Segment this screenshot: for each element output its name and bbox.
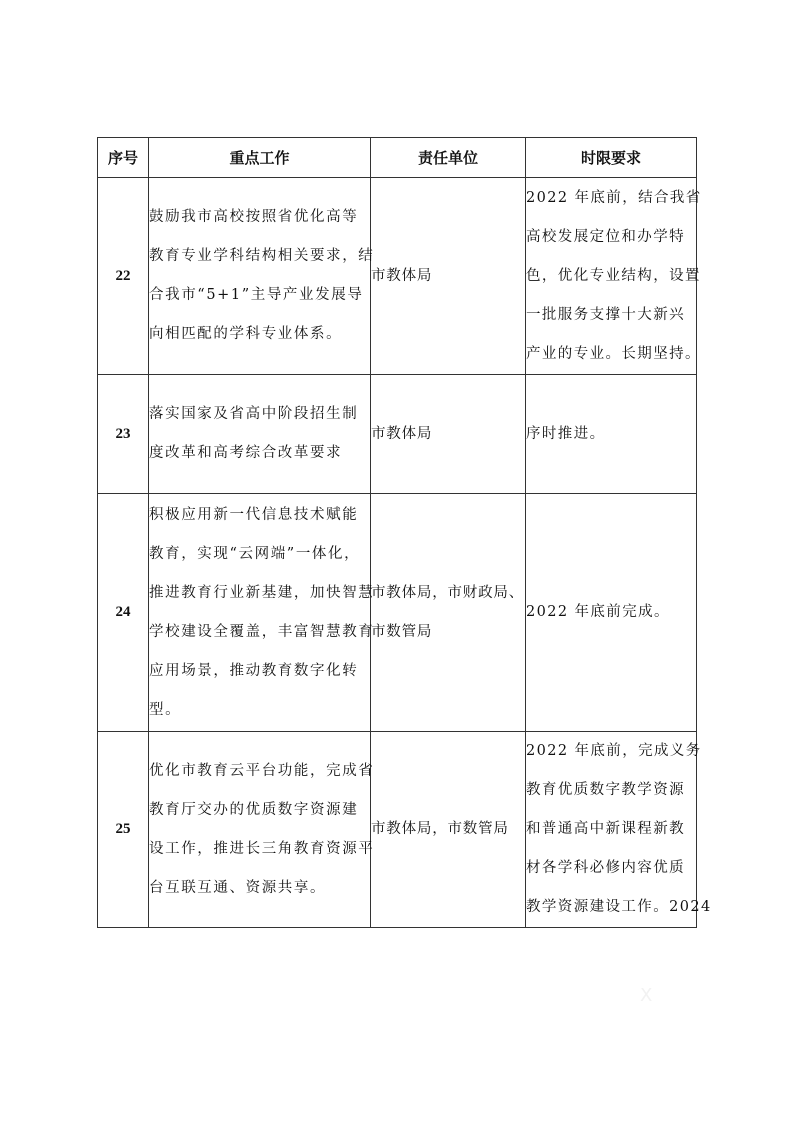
text-line: 教育优质数字教学资源 [526,771,696,810]
deadline-cell: 2022 年底前完成。 [526,494,697,732]
text-line: 合我市“5+1”主导产业发展导 [149,276,370,315]
text-line: 应用场景，推动教育数字化转 [149,652,370,691]
table-row: 22 鼓励我市高校按照省优化高等 教育专业学科结构相关要求，结 合我市“5+1”… [98,178,697,375]
document-page: 序号 重点工作 责任单位 时限要求 22 鼓励我市高校按照省优化高等 教育专业学… [0,0,793,1122]
text-line: 教育，实现“云网端”一体化， [149,535,370,574]
row-number: 22 [98,178,149,375]
text-line: 型。 [149,691,370,730]
key-task-cell: 积极应用新一代信息技术赋能 教育，实现“云网端”一体化， 推进教育行业新基建，加… [149,494,371,732]
text-line: 产业的专业。长期坚持。 [526,335,696,374]
text-line: 落实国家及省高中阶段招生制 [149,395,370,434]
text-line: 一批服务支撑十大新兴 [526,296,696,335]
text-line: 教学资源建设工作。2024 [526,888,696,927]
deadline-cell: 序时推进。 [526,375,697,494]
text-line: 向相匹配的学科专业体系。 [149,315,370,354]
text-line: 设工作，推进长三角教育资源平 [149,830,370,869]
key-task-cell: 优化市教育云平台功能，完成省 教育厅交办的优质数字资源建 设工作，推进长三角教育… [149,732,371,928]
key-task-cell: 鼓励我市高校按照省优化高等 教育专业学科结构相关要求，结 合我市“5+1”主导产… [149,178,371,375]
responsible-unit-cell: 市教体局 [371,375,526,494]
row-number: 25 [98,732,149,928]
table-row: 25 优化市教育云平台功能，完成省 教育厅交办的优质数字资源建 设工作，推进长三… [98,732,697,928]
text-line: 高校发展定位和办学特 [526,218,696,257]
row-number: 24 [98,494,149,732]
responsible-unit-cell: 市教体局，市财政局、 市数管局 [371,494,526,732]
text-line: 市数管局 [371,613,525,652]
text-line: 序时推进。 [526,415,696,454]
key-tasks-table: 序号 重点工作 责任单位 时限要求 22 鼓励我市高校按照省优化高等 教育专业学… [97,137,697,928]
text-line: 材各学科必修内容优质 [526,849,696,888]
text-line: 推进教育行业新基建，加快智慧 [149,574,370,613]
text-line: 教育厅交办的优质数字资源建 [149,791,370,830]
text-line: 2022 年底前完成。 [526,593,696,632]
key-task-cell: 落实国家及省高中阶段招生制 度改革和高考综合改革要求 [149,375,371,494]
text-line: 市教体局，市数管局 [371,810,525,849]
header-key-task: 重点工作 [149,138,371,178]
text-line: 优化市教育云平台功能，完成省 [149,752,370,791]
header-number: 序号 [98,138,149,178]
table-row: 24 积极应用新一代信息技术赋能 教育，实现“云网端”一体化， 推进教育行业新基… [98,494,697,732]
text-line: 市教体局 [371,257,525,296]
text-line: 台互联互通、资源共享。 [149,869,370,908]
text-line: 2022 年底前，完成义务 [526,732,696,771]
text-line: 学校建设全覆盖，丰富智慧教育 [149,613,370,652]
header-deadline: 时限要求 [526,138,697,178]
text-line: 度改革和高考综合改革要求 [149,434,370,473]
deadline-cell: 2022 年底前，完成义务 教育优质数字教学资源 和普通高中新课程新教 材各学科… [526,732,697,928]
text-line: 鼓励我市高校按照省优化高等 [149,198,370,237]
text-line: 市教体局 [371,415,525,454]
faint-watermark: X [640,985,652,1006]
text-line: 积极应用新一代信息技术赋能 [149,496,370,535]
header-responsible-unit: 责任单位 [371,138,526,178]
table-row: 23 落实国家及省高中阶段招生制 度改革和高考综合改革要求 市教体局 序时推进。 [98,375,697,494]
text-line: 和普通高中新课程新教 [526,810,696,849]
text-line: 教育专业学科结构相关要求，结 [149,237,370,276]
row-number: 23 [98,375,149,494]
text-line: 2022 年底前，结合我省 [526,179,696,218]
table-header-row: 序号 重点工作 责任单位 时限要求 [98,138,697,178]
text-line: 市教体局，市财政局、 [371,574,525,613]
responsible-unit-cell: 市教体局 [371,178,526,375]
text-line: 色，优化专业结构，设置 [526,257,696,296]
responsible-unit-cell: 市教体局，市数管局 [371,732,526,928]
deadline-cell: 2022 年底前，结合我省 高校发展定位和办学特 色，优化专业结构，设置 一批服… [526,178,697,375]
